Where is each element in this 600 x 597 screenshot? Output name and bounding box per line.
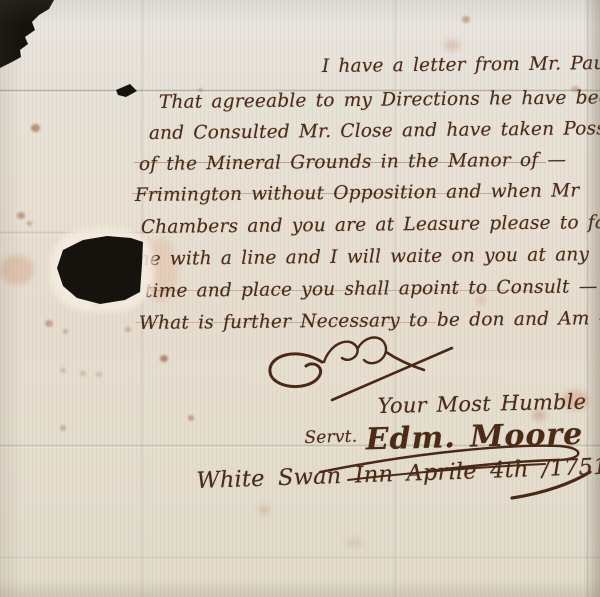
foxing-stain xyxy=(125,327,131,332)
foxing-stain xyxy=(160,355,168,362)
foxing-stain xyxy=(60,368,66,373)
letter-line: of the Mineral Grounds in the Manor of — xyxy=(139,150,566,175)
signature-line: Servt. Edm. Moore xyxy=(304,417,584,459)
foxing-stain xyxy=(27,221,32,226)
letter-opening-line: I have a letter from Mr. Paul xyxy=(322,53,600,77)
foxing-smudge xyxy=(444,40,460,51)
foxing-stain xyxy=(45,320,53,327)
foxing-smudge xyxy=(0,255,34,285)
foxing-smudge xyxy=(346,538,362,547)
foxing-stain xyxy=(60,425,66,431)
fold-crease-horizontal xyxy=(0,556,600,560)
closing-salutation: Your Most Humble xyxy=(377,390,586,418)
foxing-stain xyxy=(80,371,86,376)
foxing-stain xyxy=(63,329,68,334)
signature: Edm. Moore xyxy=(365,417,583,458)
foxing-stain xyxy=(96,372,102,377)
foxing-stain xyxy=(462,16,470,23)
foxing-stain xyxy=(31,124,40,132)
foxing-smudge xyxy=(258,505,270,514)
foxing-stain xyxy=(17,212,25,219)
foxing-stain xyxy=(188,415,194,421)
scanned-letter-1751: I have a letter from Mr. Paul That agree… xyxy=(0,0,600,597)
servant-abbreviation: Servt. xyxy=(304,427,357,448)
